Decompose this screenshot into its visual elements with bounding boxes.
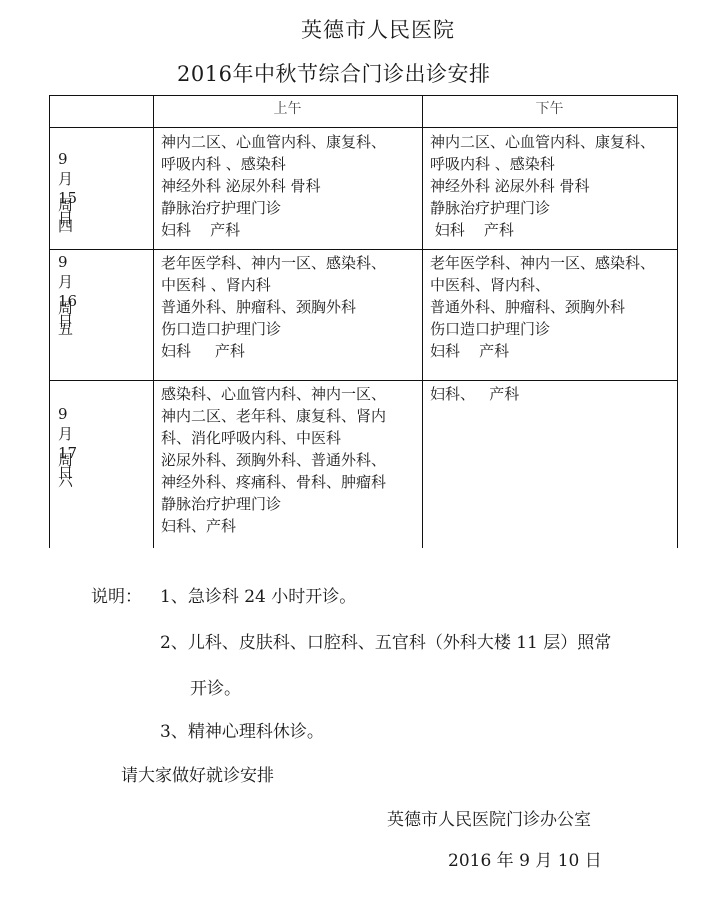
department-line: 伤口造口护理门诊 [161, 318, 386, 340]
signature-office: 英德市人民医院门诊办公室 [387, 805, 591, 830]
row-divider [49, 380, 677, 381]
department-line: 普通外科、肿瘤科、颈胸外科 [430, 296, 655, 318]
department-line: 神经外科 泌尿外科 骨科 [430, 175, 655, 197]
department-line: 老年医学科、神内一区、感染科、 [430, 252, 655, 274]
department-line: 普通外科、肿瘤科、颈胸外科 [161, 296, 386, 318]
department-line: 妇科、 产科 [430, 383, 519, 405]
notes-label: 说明： [91, 582, 142, 607]
header-divider [49, 127, 677, 128]
department-line: 妇科 产科 [430, 340, 655, 362]
department-line: 伤口造口护理门诊 [430, 318, 655, 340]
department-line: 泌尿外科、颈胸外科、普通外科、 [161, 449, 386, 471]
weekday-label: 周六 [58, 449, 73, 491]
department-line: 静脉治疗护理门诊 [161, 197, 386, 219]
department-line: 妇科 产科 [430, 219, 655, 241]
weekday-label: 周五 [58, 297, 73, 339]
department-line: 神经外科、疼痛科、骨科、肿瘤科 [161, 471, 386, 493]
department-line: 妇科、产科 [161, 515, 386, 537]
department-line: 老年医学科、神内一区、感染科、 [161, 252, 386, 274]
department-line: 科、消化呼吸内科、中医科 [161, 427, 386, 449]
department-line: 静脉治疗护理门诊 [430, 197, 655, 219]
note-item: 2、儿科、皮肤科、口腔科、五官科（外科大楼 11 层）照常 [160, 628, 611, 653]
column-divider [422, 95, 423, 548]
department-line: 妇科 产科 [161, 219, 386, 241]
table-border-top [49, 95, 677, 96]
table-border-right [677, 95, 678, 548]
department-line: 感染科、心血管内科、神内一区、 [161, 383, 386, 405]
header-morning: 上午 [153, 98, 422, 118]
closing-remark: 请大家做好就诊安排 [121, 761, 274, 786]
department-line: 神内二区、心血管内科、康复科、 [430, 131, 655, 153]
column-divider [153, 95, 154, 548]
afternoon-cell: 妇科、 产科 [430, 383, 519, 405]
afternoon-cell: 老年医学科、神内一区、感染科、 中医科、肾内科、 普通外科、肿瘤科、颈胸外科 伤… [430, 252, 655, 362]
department-line: 呼吸内科 、感染科 [430, 153, 655, 175]
department-line: 呼吸内科 、感染科 [161, 153, 386, 175]
department-line: 神内二区、心血管内科、康复科、 [161, 131, 386, 153]
note-item: 开诊。 [190, 674, 241, 699]
table-border-left [49, 95, 50, 548]
schedule-table: 上午 下午 9 月 15 日 周四 神内二区、心血管内科、康复科、 呼吸内科 、… [49, 95, 677, 548]
note-item: 3、精神心理科休诊。 [160, 717, 324, 742]
signature-date: 2016 年 9 月 10 日 [448, 846, 602, 871]
header-afternoon: 下午 [422, 98, 677, 118]
department-line: 静脉治疗护理门诊 [161, 493, 386, 515]
morning-cell: 老年医学科、神内一区、感染科、 中医科 、肾内科 普通外科、肿瘤科、颈胸外科 伤… [161, 252, 386, 362]
morning-cell: 神内二区、心血管内科、康复科、 呼吸内科 、感染科 神经外科 泌尿外科 骨科 静… [161, 131, 386, 241]
department-line: 中医科、肾内科、 [430, 274, 655, 296]
morning-cell: 感染科、心血管内科、神内一区、 神内二区、老年科、康复科、肾内 科、消化呼吸内科… [161, 383, 386, 537]
row-divider [49, 249, 677, 250]
department-line: 神经外科 泌尿外科 骨科 [161, 175, 386, 197]
weekday-label: 周四 [58, 194, 73, 236]
department-line: 神内二区、老年科、康复科、肾内 [161, 405, 386, 427]
document-title: 2016年中秋节综合门诊出诊安排 [177, 58, 490, 88]
hospital-name: 英德市人民医院 [0, 14, 714, 44]
department-line: 妇科 产科 [161, 340, 386, 362]
afternoon-cell: 神内二区、心血管内科、康复科、 呼吸内科 、感染科 神经外科 泌尿外科 骨科 静… [430, 131, 655, 241]
department-line: 中医科 、肾内科 [161, 274, 386, 296]
note-item: 1、急诊科 24 小时开诊。 [160, 582, 356, 607]
